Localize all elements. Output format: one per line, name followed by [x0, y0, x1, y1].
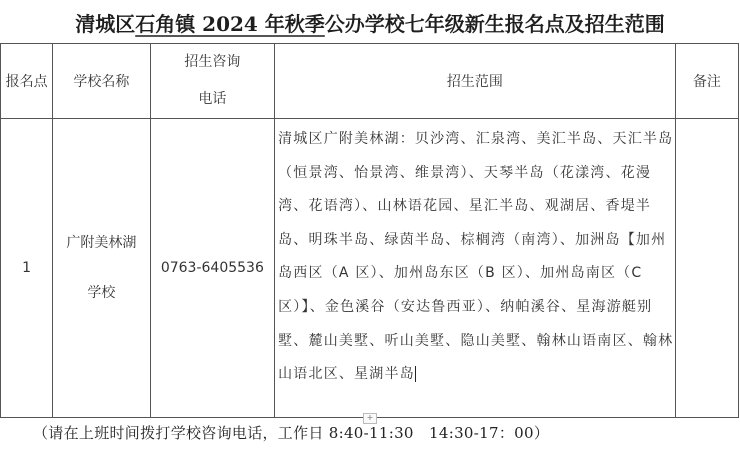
cell-phone: 0763-6405536 [150, 119, 275, 418]
title-underlined: 石角镇 2024 年秋季 [135, 12, 325, 36]
cell-remark [675, 119, 738, 418]
scope-text: 清城区广附美林湖：贝沙湾、汇泉湾、美汇半岛、天汇半岛（恒景湾、怡景湾、维景湾）、… [278, 131, 673, 382]
document-title: 清城区石角镇 2024 年秋季公办学校七年级新生报名点及招生范围 [0, 8, 740, 37]
header-consult-phone-line1: 招生咨询 [151, 44, 275, 81]
header-row: 报名点 学校名称 招生咨询 电话 招生范围 备注 [1, 44, 739, 119]
header-school-name: 学校名称 [53, 44, 150, 119]
enrollment-table: 报名点 学校名称 招生咨询 电话 招生范围 备注 1 广附美林湖 学校 0763… [0, 43, 739, 418]
school-name-line1: 广附美林湖 [61, 218, 141, 268]
school-name-line2: 学校 [61, 268, 141, 318]
header-consult-phone: 招生咨询 电话 [150, 44, 275, 119]
header-consult-phone-line2: 电话 [151, 81, 275, 118]
header-enrollment-scope: 招生范围 [275, 44, 676, 119]
cell-enrollment-scope[interactable]: 清城区广附美林湖：贝沙湾、汇泉湾、美汇半岛、天汇半岛（恒景湾、怡景湾、维景湾）、… [275, 119, 676, 418]
cell-school-name: 广附美林湖 学校 [53, 119, 150, 418]
table-row: 1 广附美林湖 学校 0763-6405536 清城区广附美林湖：贝沙湾、汇泉湾… [1, 119, 739, 418]
title-prefix: 清城区 [75, 12, 135, 36]
cell-index: 1 [1, 119, 53, 418]
header-registration-point: 报名点 [1, 44, 53, 119]
text-cursor [415, 366, 416, 382]
header-remark: 备注 [675, 44, 738, 119]
footnote: （请在上班时间拨打学校咨询电话，工作日 8:40-11:30 14:30-17：… [33, 422, 549, 443]
title-suffix: 公办学校七年级新生报名点及招生范围 [325, 12, 665, 36]
